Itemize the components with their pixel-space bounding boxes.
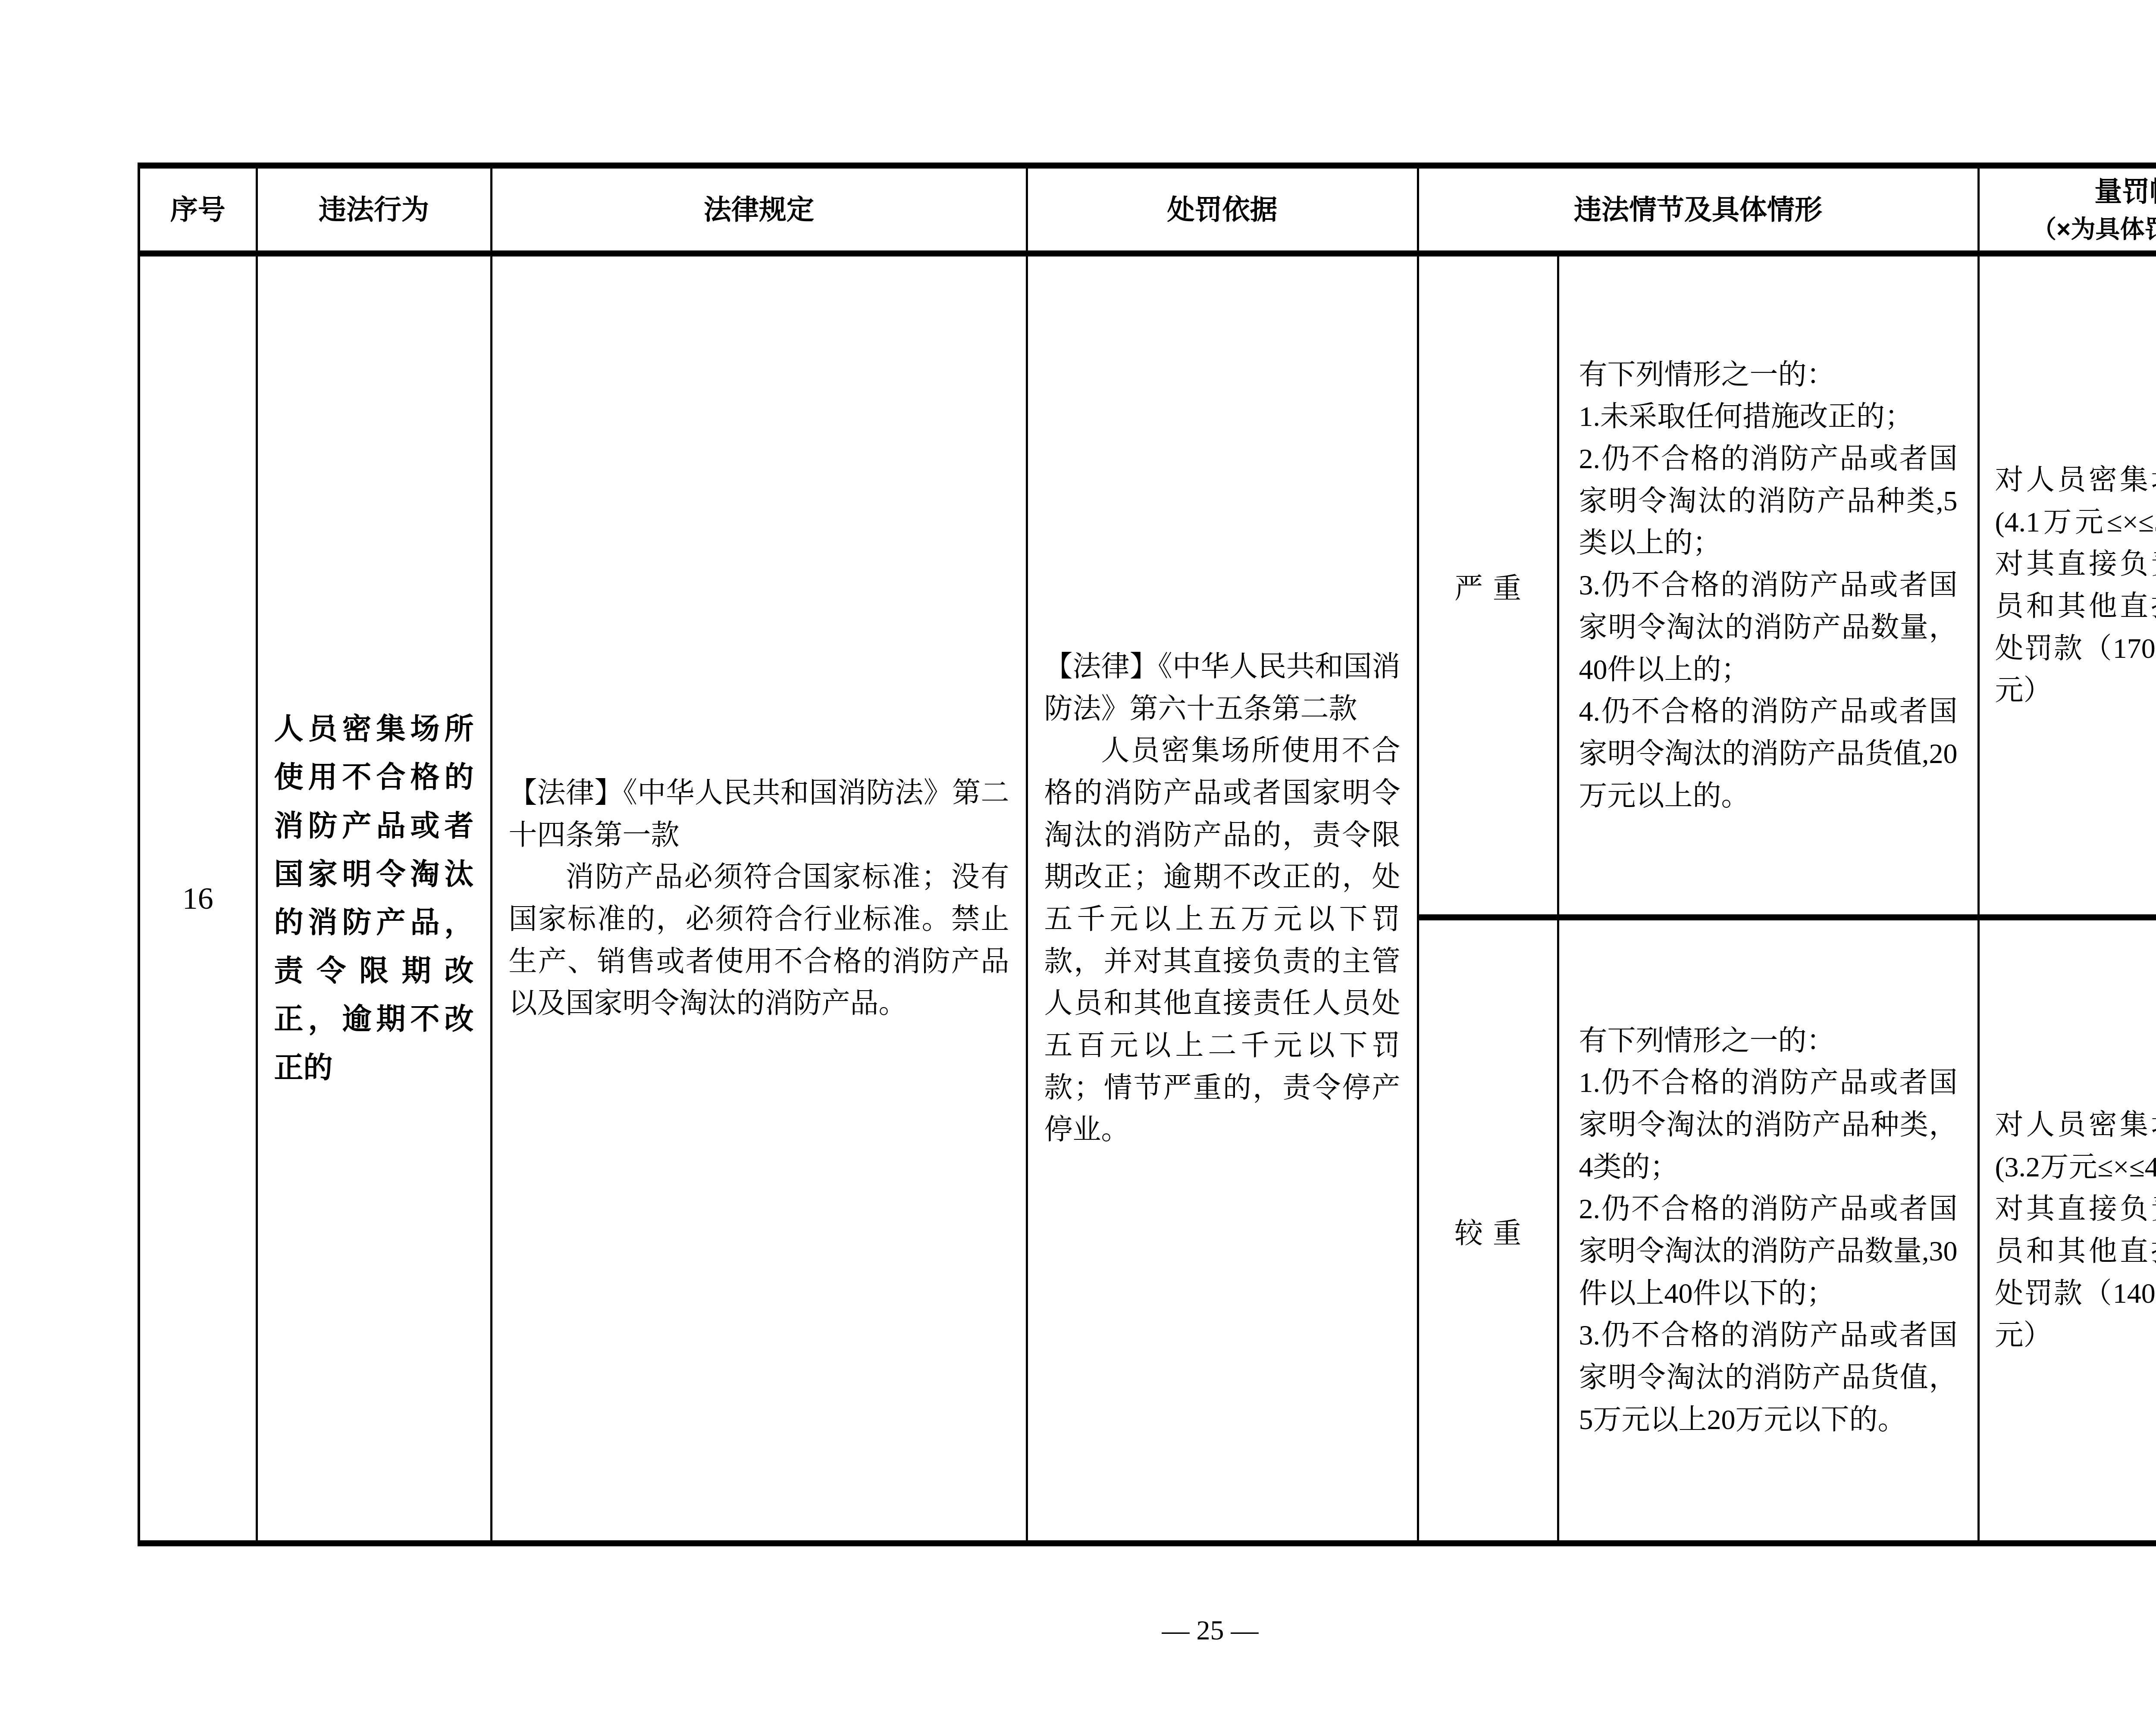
illegal-behavior-text: 人员密集场所使用不合格的消防产品或者国家明令淘汰的消防产品，责令限期改正，逾期不… [274,713,474,1084]
table-row-severe: 16 人员密集场所使用不合格的消防产品或者国家明令淘汰的消防产品，责令限期改正，… [139,253,2156,917]
penalty-range-relatively-severe-text: 对人员密集场所处罚款(3.2万元≤×≤4.1万元)，并对其直接负责的主管人员和其… [1995,1109,2156,1351]
row-index-value: 16 [182,881,213,916]
cell-illegal-behavior: 人员密集场所使用不合格的消防产品或者国家明令淘汰的消防产品，责令限期改正，逾期不… [257,253,491,1543]
circumstances-relatively-severe: 有下列情形之一的： 1.仍不合格的消防产品或者国家明令淘汰的消防产品种类，4类的… [1558,917,1978,1543]
legal-provision-paragraph-1: 【法律】《中华人民共和国消防法》第二十四条第一款 [509,772,1009,856]
header-penalty-range-line1: 量罚幅度 [1983,173,2156,210]
header-penalty-basis-label: 处罚依据 [1167,194,1278,225]
circumstances-relatively-severe-intro: 有下列情形之一的： [1579,1020,1958,1062]
circumstances-relatively-severe-item: 1.仍不合格的消防产品或者国家明令淘汰的消防产品种类，4类的； [1579,1062,1958,1188]
table-header-row: 序号 违法行为 法律规定 处罚依据 违法情节及具体情形 量罚幅度 （×为具体罚款… [139,166,2156,253]
penalty-range-severe: 对人员密集场所处罚款(4.1万元≤×≤5万元)；并对其直接负责的主管人员和其他直… [1978,253,2156,917]
cell-row-index: 16 [139,253,257,1543]
circumstances-severe-item: 2.仍不合格的消防产品或者国家明令淘汰的消防产品种类,5类以上的； [1579,438,1958,564]
header-circumstances: 违法情节及具体情形 [1418,166,1978,253]
cell-penalty-basis: 【法律】《中华人民共和国消防法》第六十五条第二款 人员密集场所使用不合格的消防产… [1027,253,1418,1543]
penalty-basis-paragraph-2: 人员密集场所使用不合格的消防产品或者国家明令淘汰的消防产品的，责令限期改正；逾期… [1044,730,1401,1151]
header-circumstances-label: 违法情节及具体情形 [1574,194,1822,225]
document-page: 序号 违法行为 法律规定 处罚依据 违法情节及具体情形 量罚幅度 （×为具体罚款… [0,0,2156,1711]
header-penalty-range: 量罚幅度 （×为具体罚款金额） [1978,166,2156,253]
circumstances-relatively-severe-item: 2.仍不合格的消防产品或者国家明令淘汰的消防产品数量,30件以上40件以下的； [1579,1188,1958,1314]
header-legal-provision: 法律规定 [491,166,1027,253]
circumstances-severe: 有下列情形之一的： 1.未采取任何措施改正的； 2.仍不合格的消防产品或者国家明… [1558,253,1978,917]
circumstances-severe-item: 3.仍不合格的消防产品或者国家明令淘汰的消防产品数量，40件以上的； [1579,564,1958,691]
circumstances-severe-intro: 有下列情形之一的： [1579,354,1958,396]
header-behavior: 违法行为 [257,166,491,253]
penalty-range-relatively-severe: 对人员密集场所处罚款(3.2万元≤×≤4.1万元)，并对其直接负责的主管人员和其… [1978,917,2156,1543]
severity-label-relatively-severe: 较重 [1418,917,1558,1543]
header-penalty-basis: 处罚依据 [1027,166,1418,253]
severity-label-relatively-severe-text: 较重 [1454,1218,1531,1249]
header-index: 序号 [139,166,257,253]
penalty-range-severe-text: 对人员密集场所处罚款(4.1万元≤×≤5万元)；并对其直接负责的主管人员和其他直… [1995,464,2156,706]
penalty-basis-paragraph-1: 【法律】《中华人民共和国消防法》第六十五条第二款 [1044,646,1401,730]
page-number: — 25 — [0,1614,2156,1646]
header-penalty-range-line2: （×为具体罚款金额） [1983,213,2156,246]
severity-label-severe-text: 严重 [1454,573,1531,604]
legal-provision-paragraph-2: 消防产品必须符合国家标准；没有国家标准的，必须符合行业标准。禁止生产、销售或者使… [509,856,1009,1025]
header-legal-provision-label: 法律规定 [704,194,814,225]
header-index-label: 序号 [170,194,226,225]
circumstances-relatively-severe-item: 3.仍不合格的消防产品或者国家明令淘汰的消防产品货值，5万元以上20万元以下的。 [1579,1314,1958,1441]
cell-legal-provision: 【法律】《中华人民共和国消防法》第二十四条第一款 消防产品必须符合国家标准；没有… [491,253,1027,1543]
circumstances-severe-item: 4.仍不合格的消防产品或者国家明令淘汰的消防产品货值,20万元以上的。 [1579,691,1958,817]
header-behavior-label: 违法行为 [319,194,429,225]
circumstances-severe-item: 1.未采取任何措施改正的； [1579,396,1958,438]
severity-label-severe: 严重 [1418,253,1558,917]
penalty-standards-table: 序号 违法行为 法律规定 处罚依据 违法情节及具体情形 量罚幅度 （×为具体罚款… [138,163,2156,1546]
